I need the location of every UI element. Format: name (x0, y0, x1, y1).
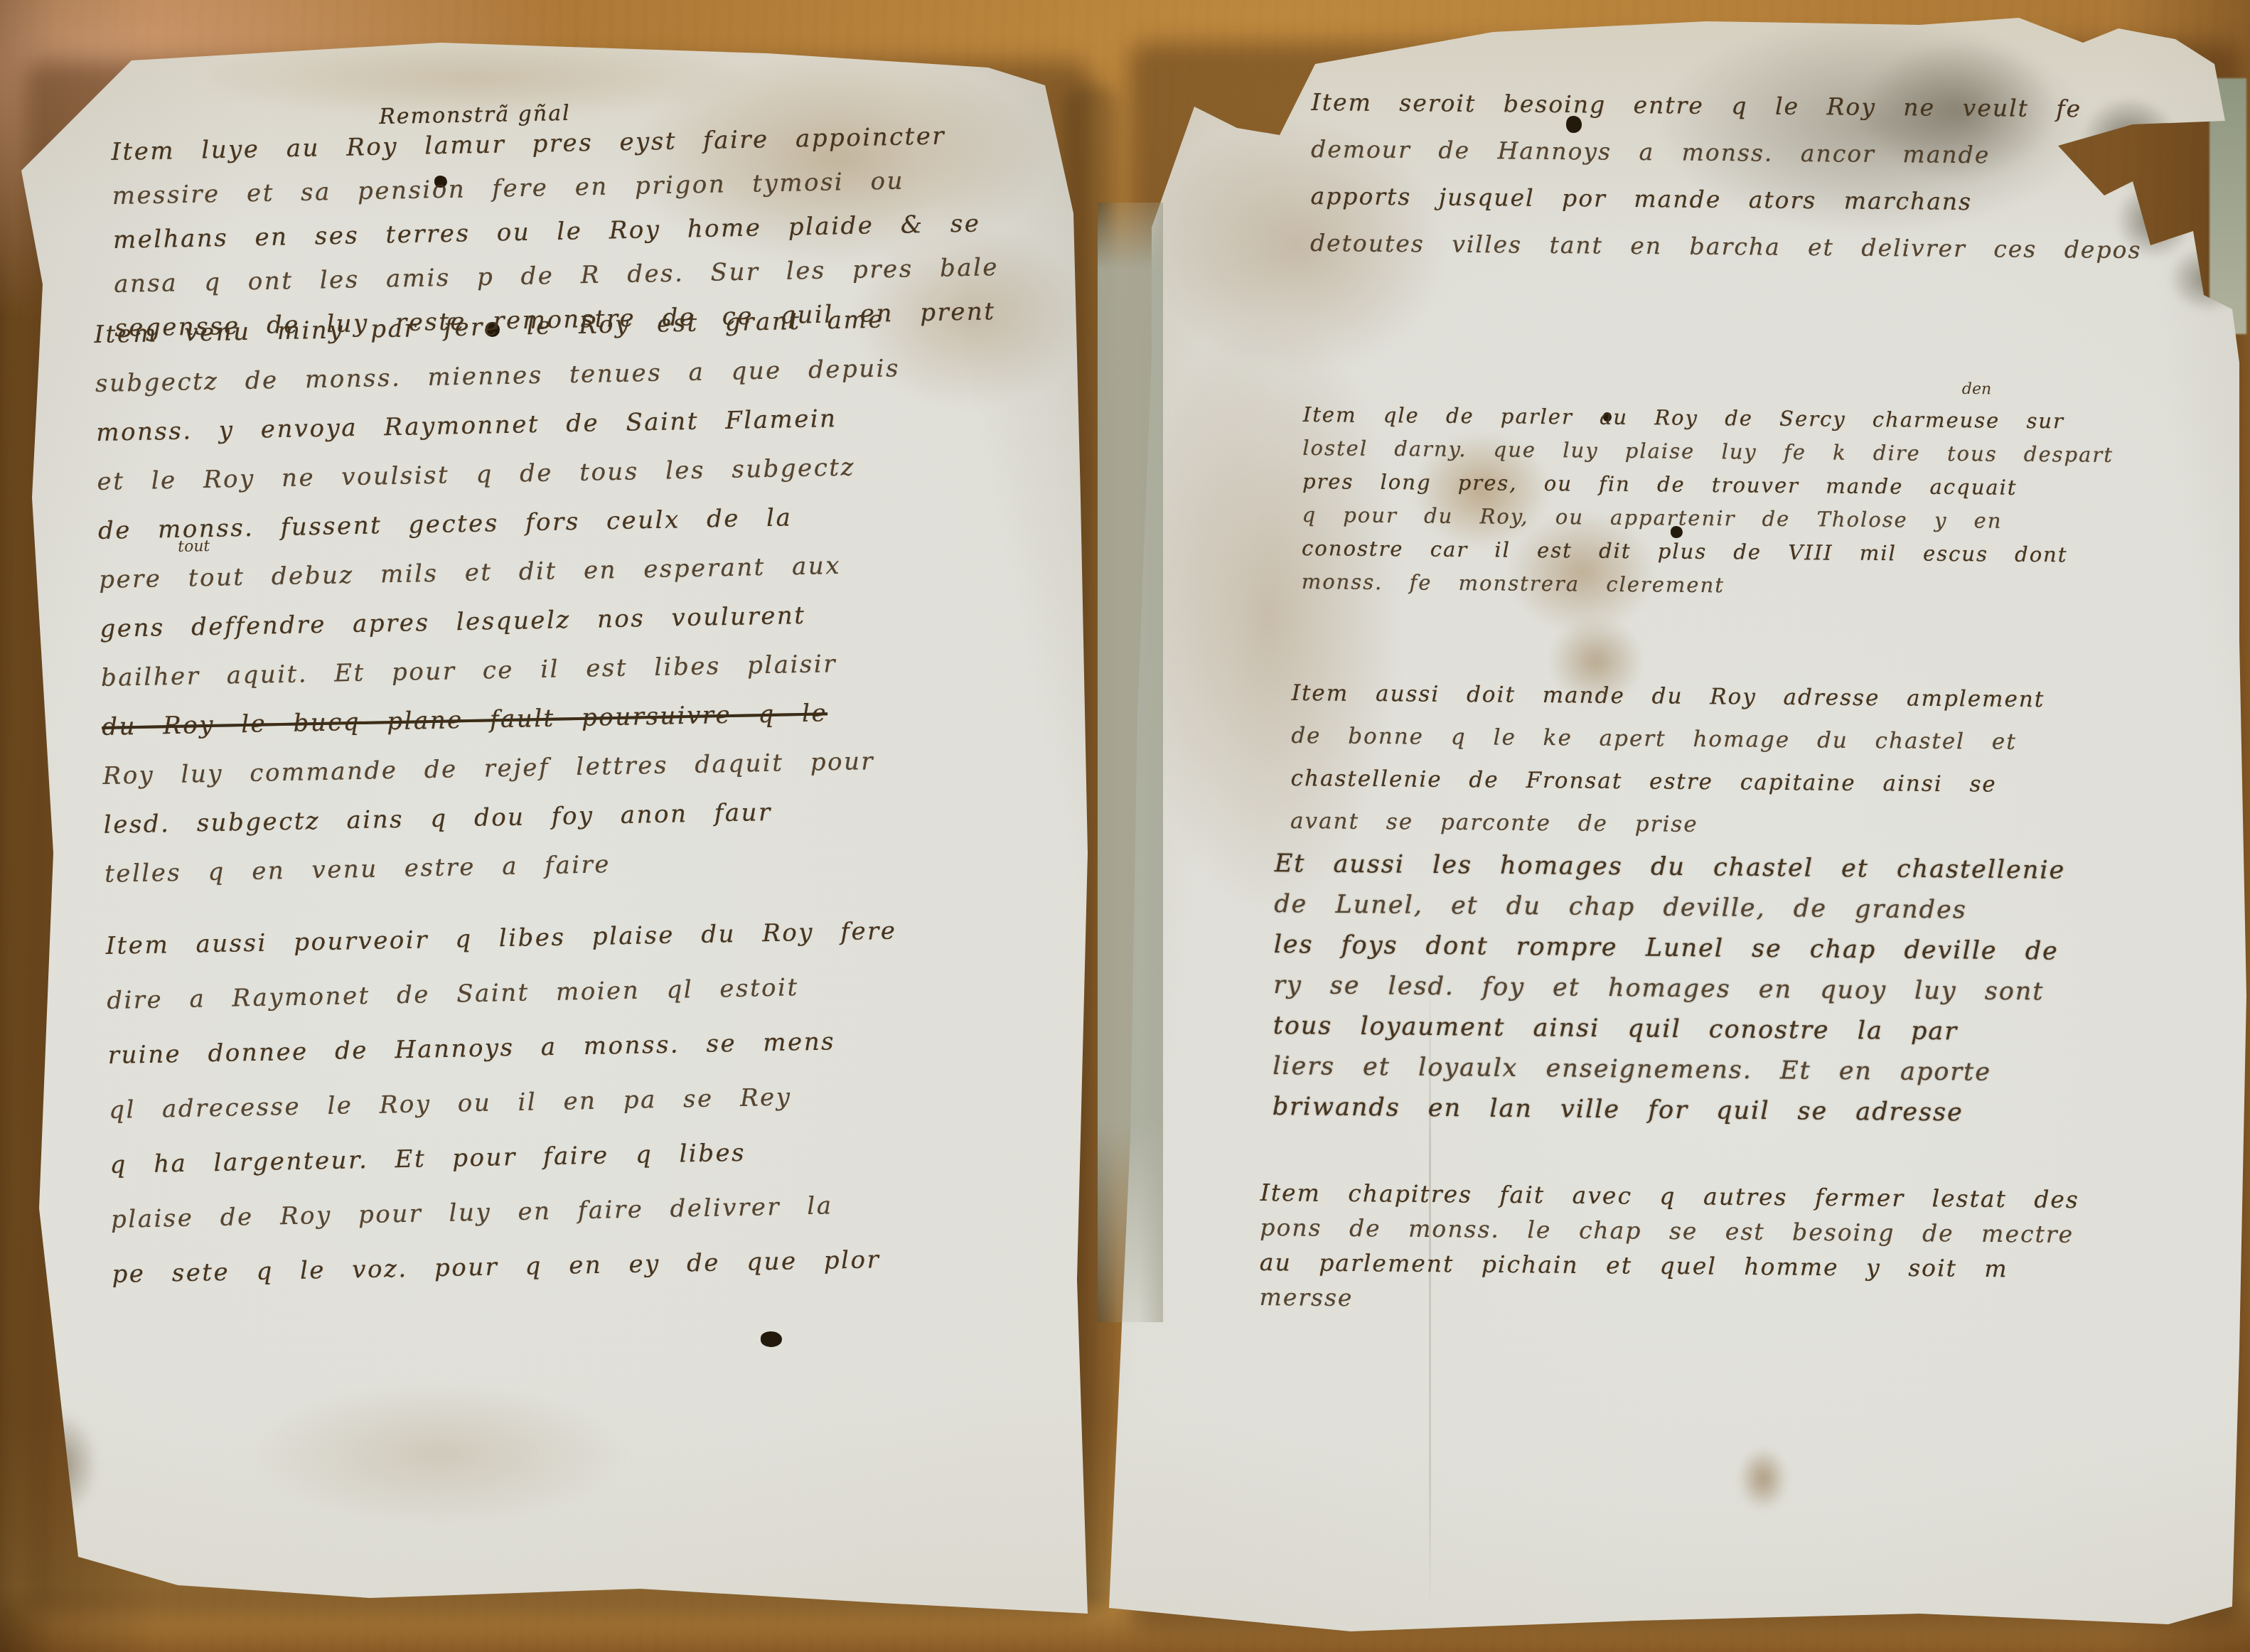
stain (255, 1383, 624, 1525)
manuscript-line: lostel darny. que luy plaise luy fe k di… (1302, 431, 2114, 472)
paragraph-left-2: Item venu miny par fere le Roy est grant… (94, 295, 910, 899)
manuscript-line: avant se parconte de prise (1290, 800, 2044, 849)
right-page: den Item seroit besoing entre q le Roy n… (1105, 11, 2250, 1646)
manuscript-line: de Lunel, et du chap deville, de grandes (1274, 884, 2065, 932)
paragraph-right-4: Et aussi les homages du chastel et chast… (1273, 844, 2066, 1135)
manuscript-line: Et aussi les homages du chastel et chast… (1275, 844, 2066, 891)
manuscript-line: liers et loyaulx enseignemens. Et en apo… (1273, 1046, 2064, 1094)
manuscript-line: detoutes villes tant en barcha et delivr… (1310, 220, 2142, 274)
interlinear-insertion: den (1962, 380, 1991, 398)
left-page: Remonstrã gñal tout Item luye au Roy lam… (20, 39, 1090, 1624)
paragraph-right-1: Item seroit besoing entre q le Roy ne ve… (1310, 79, 2143, 274)
ink-blot (761, 1331, 782, 1347)
manuscript-line: ry se lesd. foy et homages en quoy luy s… (1273, 965, 2064, 1013)
manuscript-line: Item seroit besoing entre q le Roy ne ve… (1311, 79, 2143, 133)
manuscript-line: demour de Hannoys a monss. ancor mande (1311, 126, 2143, 180)
manuscript-line: apports jusquel por mande ators marchans (1310, 173, 2142, 227)
manuscript-line: mersse (1259, 1280, 2079, 1321)
fold-binding-strip (1098, 203, 1163, 1322)
paragraph-right-3: Item aussi doit mande du Roy adresse amp… (1290, 672, 2045, 849)
manuscript-line: de bonne q le ke apert homage du chastel… (1291, 714, 2045, 763)
manuscript-line: Item aussi doit mande du Roy adresse amp… (1291, 672, 2045, 721)
manuscript-line: tous loyaument ainsi quil conostre la pa… (1273, 1006, 2064, 1053)
manuscript-line: q pour du Roy, ou appartenir de Tholose … (1302, 498, 2113, 539)
paragraph-right-2: Item qle de parler au Roy de Sercy charm… (1302, 398, 2114, 606)
manuscript-line: les foys dont rompre Lunel se chap devil… (1274, 925, 2065, 972)
manuscript-line: chastellenie de Fronsat estre capitaine … (1290, 757, 2044, 806)
manuscript-line: pons de monss. le chap se est besoing de… (1260, 1210, 2079, 1252)
stain (1738, 1447, 1788, 1511)
manuscript-photo: den Item seroit besoing entre q le Roy n… (0, 0, 2250, 1652)
paragraph-left-3: Item aussi pourveoir q libes plaise du R… (105, 904, 904, 1302)
manuscript-line: briwands en lan ville for quil se adress… (1273, 1087, 2064, 1135)
paragraph-right-5: Item chapitres fait avec q autres fermer… (1259, 1175, 2079, 1321)
manuscript-line: monss. fe monstrera clerement (1302, 565, 2113, 606)
